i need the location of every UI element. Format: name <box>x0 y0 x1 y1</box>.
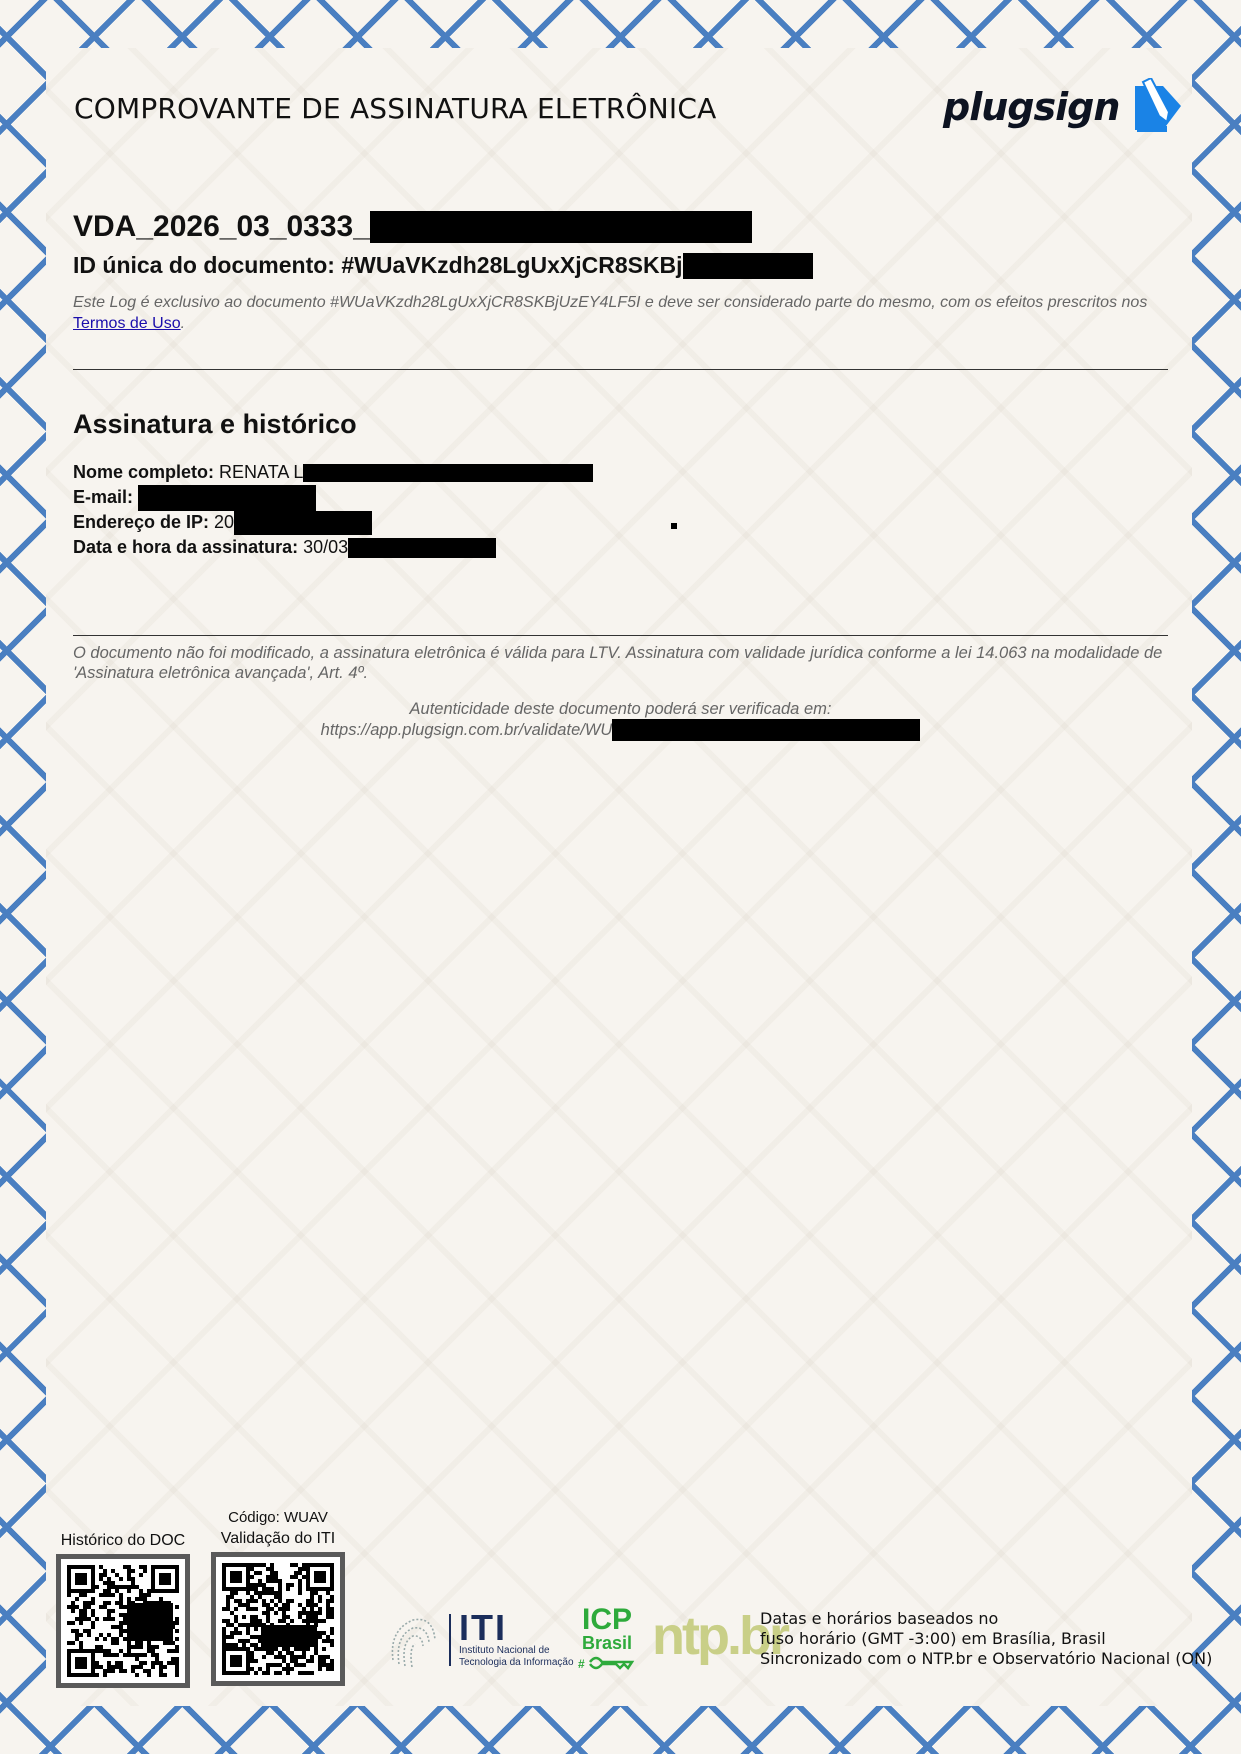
timezone-line: Datas e horários baseados no <box>760 1609 1212 1629</box>
field-ip-address: Endereço de IP: 20 <box>73 510 593 535</box>
log-note: Este Log é exclusivo ao documento #WUaVK… <box>73 292 1173 334</box>
qr-code-icon <box>222 1563 334 1675</box>
stray-mark <box>671 523 677 529</box>
field-value: 30/03 <box>303 535 348 560</box>
field-full-name: Nome completo: RENATA L <box>73 460 593 485</box>
redaction <box>348 538 496 558</box>
verify-url[interactable]: https://app.plugsign.com.br/validate/WU <box>321 719 921 741</box>
legal-notice: O documento não foi modificado, a assina… <box>73 643 1173 683</box>
plugsign-logo: plugsign <box>943 78 1185 136</box>
svg-text:#: # <box>578 1657 585 1671</box>
verify-label: Autenticidade deste documento poderá ser… <box>73 699 1168 719</box>
terms-of-use-link[interactable]: Termos de Uso <box>73 315 181 332</box>
document-id: ID única do documento: #WUaVKzdh28LgUxXj… <box>73 252 813 279</box>
field-label: Nome completo: <box>73 460 214 485</box>
timezone-line: fuso horário (GMT -3:00) em Brasília, Br… <box>760 1629 1212 1649</box>
document-name: VDA_2026_03_0333_ <box>73 210 752 244</box>
fingerprint-icon <box>385 1610 441 1670</box>
verification-block: Autenticidade deste documento poderá ser… <box>73 699 1168 741</box>
qr-history: Histórico do DOC <box>56 1532 190 1688</box>
logo-divider <box>449 1614 451 1666</box>
redaction <box>127 1603 173 1641</box>
qr-code[interactable] <box>56 1554 190 1688</box>
redaction <box>234 511 372 535</box>
qr-iti-validation: Código: WUAV Validação do ITI <box>211 1509 345 1686</box>
key-icon: # <box>578 1652 636 1674</box>
qr-label: Validação do ITI <box>211 1530 345 1548</box>
field-email: E-mail: <box>73 485 593 510</box>
document-name-text: VDA_2026_03_0333_ <box>73 210 370 244</box>
iti-text: ITI Instituto Nacional de Tecnologia da … <box>459 1611 574 1669</box>
section-title: Assinatura e histórico <box>73 409 357 440</box>
logo-text: plugsign <box>943 85 1119 129</box>
log-note-text: Este Log é exclusivo ao documento #WUaVK… <box>73 294 1147 311</box>
divider <box>73 369 1168 370</box>
redaction <box>261 1625 317 1647</box>
signature-fields: Nome completo: RENATA L E-mail: Endereço… <box>73 460 593 560</box>
page-title: COMPROVANTE DE ASSINATURA ELETRÔNICA <box>74 92 717 125</box>
log-note-end: . <box>181 315 185 332</box>
timezone-note: Datas e horários baseados no fuso horári… <box>760 1609 1212 1669</box>
redaction <box>303 464 593 482</box>
field-label: E-mail: <box>73 485 133 510</box>
field-label: Endereço de IP: <box>73 510 209 535</box>
field-signature-datetime: Data e hora da assinatura: 30/03 <box>73 535 593 560</box>
timezone-line: Sincronizado com o NTP.br e Observatório… <box>760 1649 1212 1669</box>
icp-text: ICP <box>578 1606 636 1634</box>
qr-code-label: Código: WUAV <box>211 1509 345 1526</box>
iti-logo: ITI Instituto Nacional de Tecnologia da … <box>385 1610 574 1670</box>
pen-signature-icon <box>1129 78 1185 136</box>
field-value: 20 <box>214 510 234 535</box>
redaction <box>370 211 752 243</box>
iti-subtitle: Instituto Nacional de <box>459 1645 574 1657</box>
qr-label: Histórico do DOC <box>56 1532 190 1550</box>
field-value: RENATA L <box>219 460 303 485</box>
icp-brasil-logo: ICP Brasil # <box>578 1606 636 1679</box>
document-id-text: ID única do documento: #WUaVKzdh28LgUxXj… <box>73 252 683 279</box>
iti-subtitle: Tecnologia da Informação <box>459 1657 574 1669</box>
qr-code[interactable] <box>211 1552 345 1686</box>
iti-name: ITI <box>459 1611 574 1645</box>
redaction <box>138 485 316 511</box>
divider <box>73 635 1168 636</box>
icp-brasil-text: Brasil <box>578 1634 636 1652</box>
field-label: Data e hora da assinatura: <box>73 535 298 560</box>
verify-url-text[interactable]: https://app.plugsign.com.br/validate/WU <box>321 720 613 740</box>
redaction <box>612 719 920 741</box>
redaction <box>683 253 813 279</box>
